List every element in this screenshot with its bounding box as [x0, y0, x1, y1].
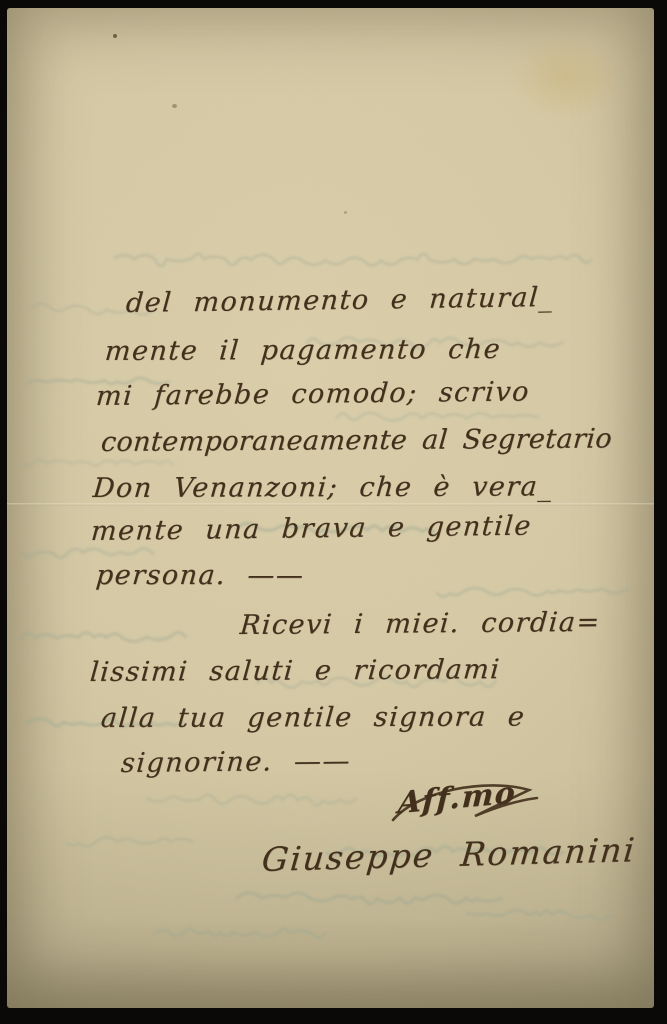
letter-line: mente il pagamento che — [104, 334, 503, 367]
letter-line: lissimi saluti e ricordami — [89, 654, 502, 688]
letter-line: del monumento e natural_ — [125, 282, 555, 319]
handwritten-text-layer: del monumento e natural_ mente il pagame… — [7, 8, 654, 1008]
letter-line: mi farebbe comodo; scrivo — [95, 376, 531, 412]
letter-page: del monumento e natural_ mente il pagame… — [7, 8, 654, 1008]
letter-line: alla tua gentile signora e — [100, 702, 527, 734]
letter-line: contemporaneamente al Segretario — [100, 423, 614, 458]
letter-line: Ricevi i miei. cordia= — [239, 607, 602, 641]
scan-border: del monumento e natural_ mente il pagame… — [0, 0, 667, 1024]
letter-line: mente una brava e gentile — [90, 511, 533, 547]
letter-closing: Aff.mo — [397, 776, 517, 822]
letter-line: signorine. —— — [120, 746, 352, 779]
signature: Giuseppe Romanini — [260, 830, 638, 879]
letter-line: Don Venanzoni; che è vera_ — [92, 471, 555, 504]
letter-line: persona. —— — [95, 560, 306, 591]
